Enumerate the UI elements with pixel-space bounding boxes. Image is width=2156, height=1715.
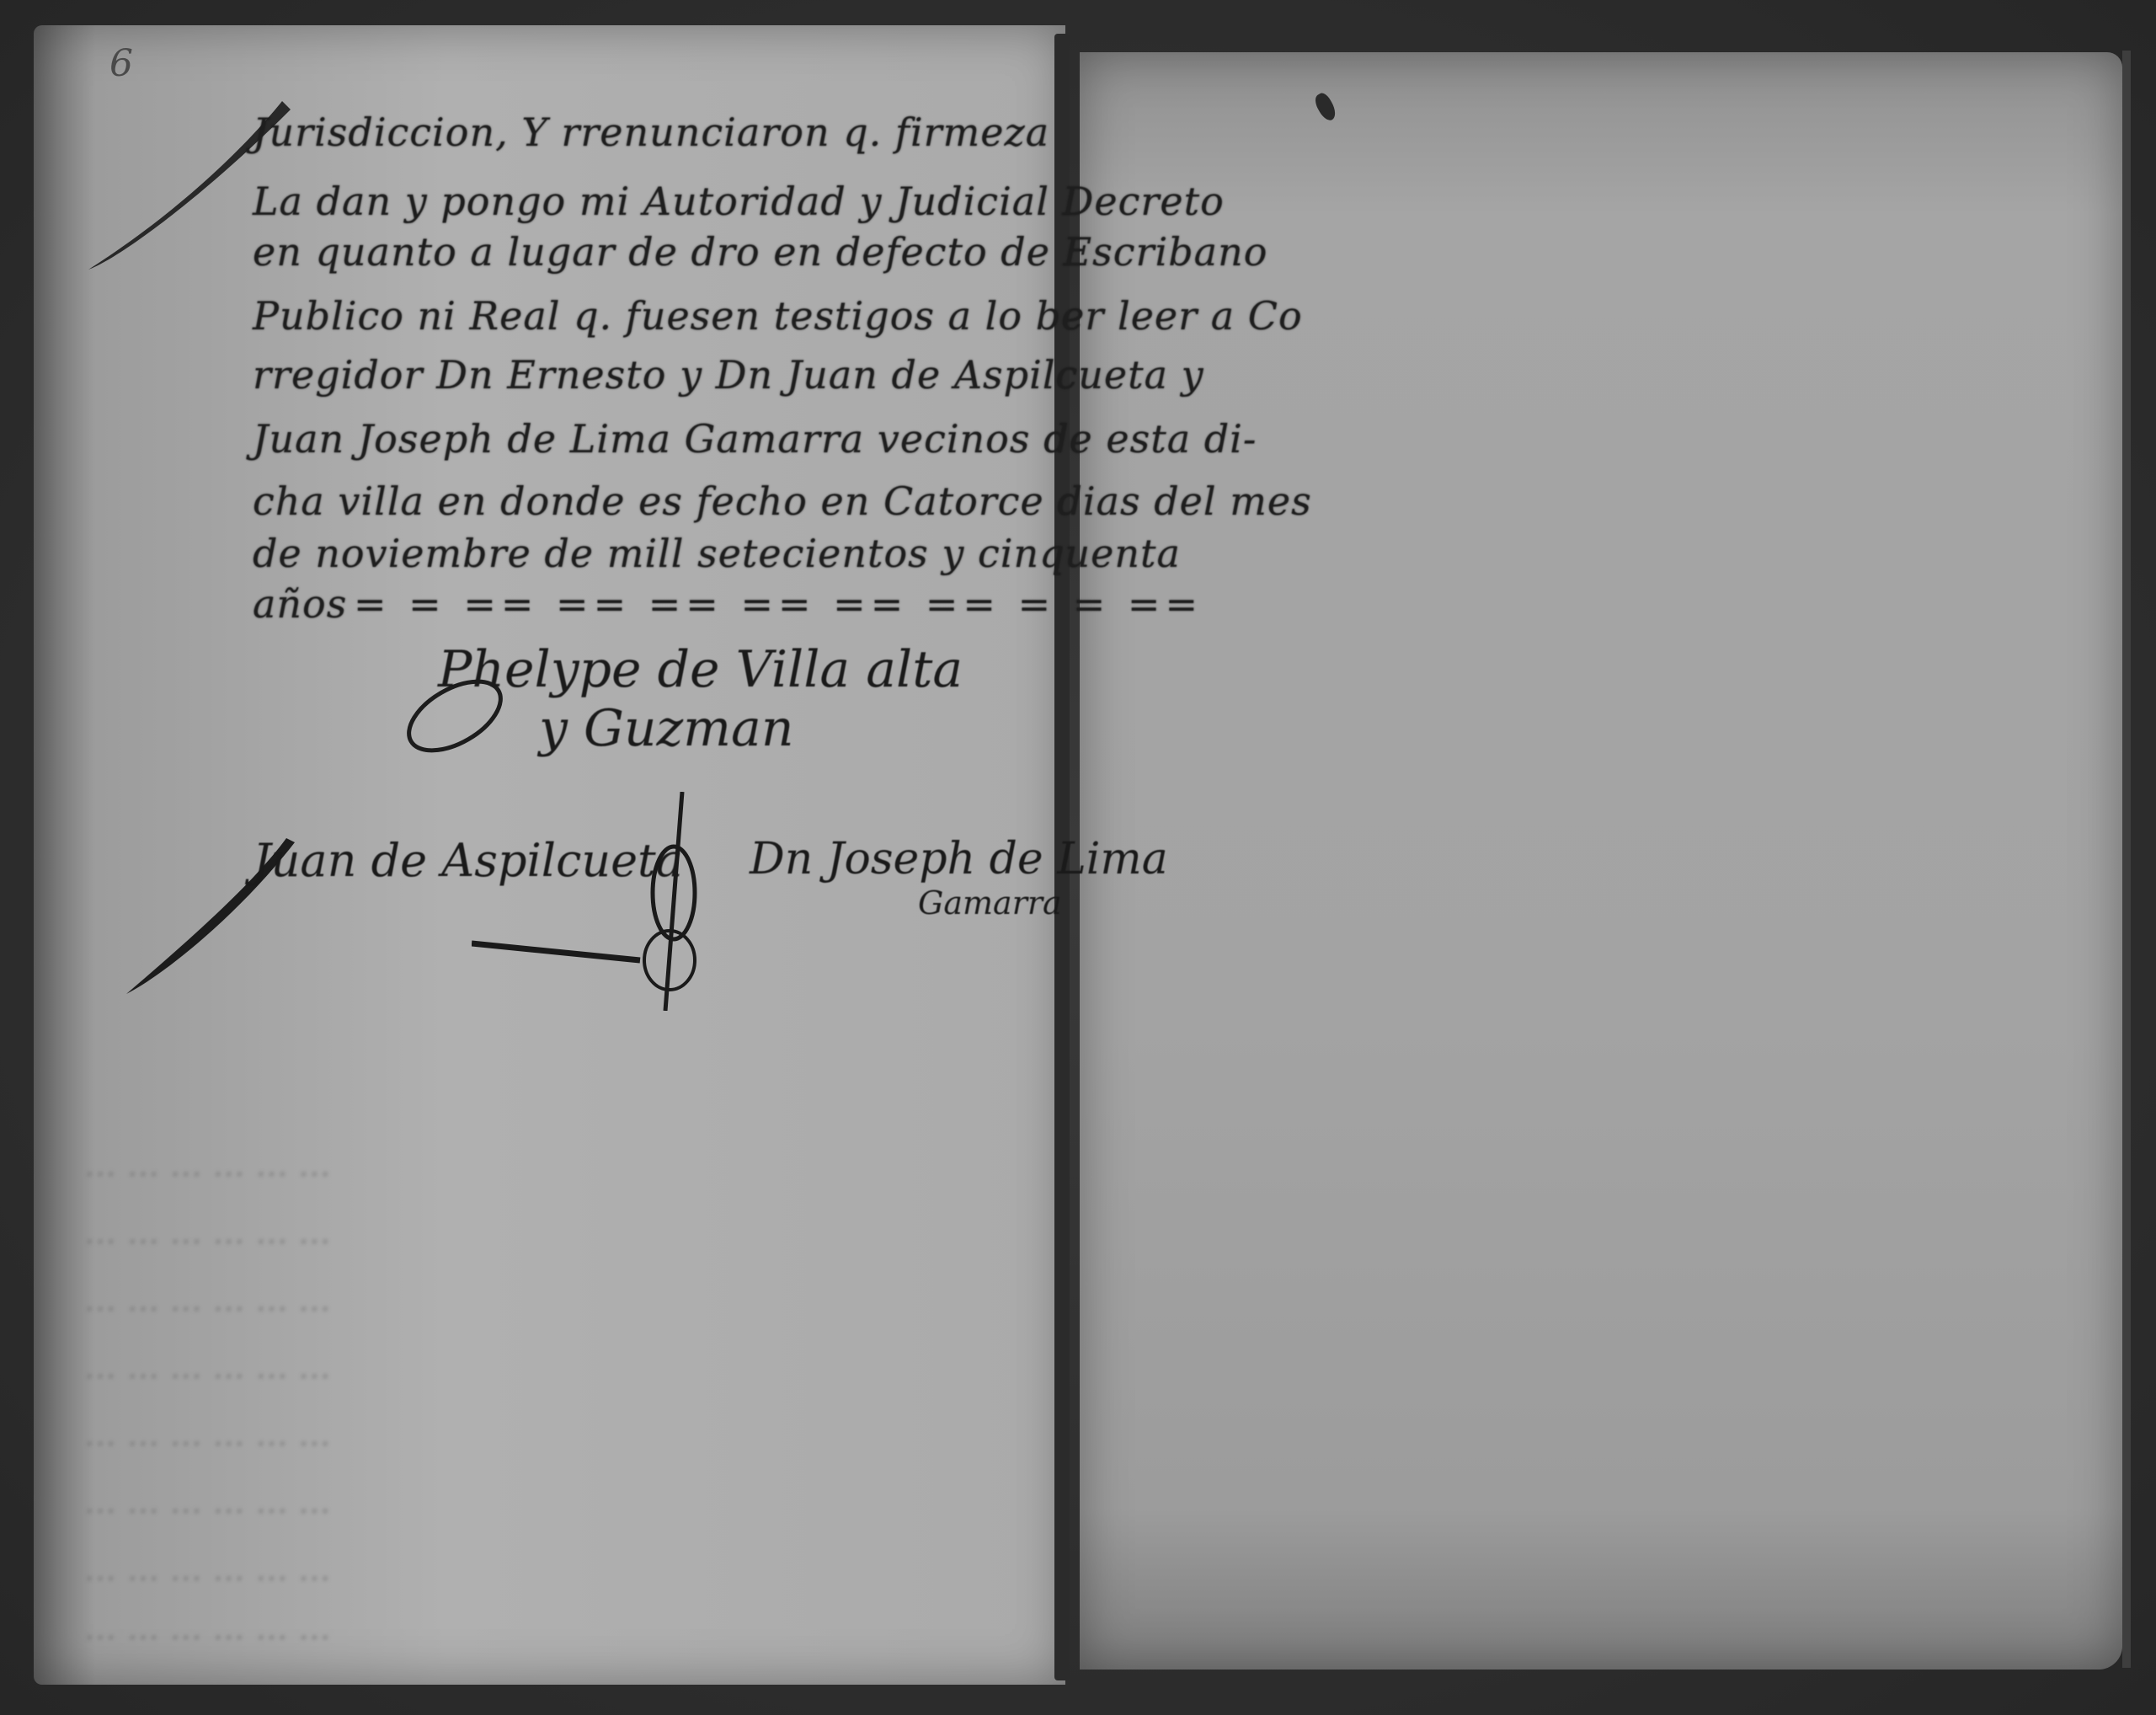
manuscript-line: Juan Joseph de Lima Gamarra vecinos de e… [253, 416, 1053, 462]
faded-line: ... ... ... ... ... ... [84, 1146, 1011, 1184]
signature-rubric-icon [472, 792, 724, 1011]
faded-line: ... ... ... ... ... ... [84, 1609, 1011, 1648]
faded-line: ... ... ... ... ... ... [84, 1550, 1011, 1589]
signature-lima: Dn Joseph de Lima [750, 834, 1168, 884]
manuscript-line: en quanto a lugar de dro en defecto de E… [253, 229, 1053, 275]
manuscript-line: rregidor Dn Ernesto y Dn Juan de Aspilcu… [253, 352, 1053, 398]
manuscript-line: Jurisdiccion, Y rrenunciaron q. firmeza [253, 110, 1053, 155]
manuscript-line: de noviembre de mill setecientos y cinqu… [253, 531, 1053, 576]
manuscript-line: La dan y pongo mi Autoridad y Judicial D… [253, 179, 1053, 224]
signature-gamarra: Gamarra [918, 884, 1062, 922]
faded-line: ... ... ... ... ... ... [84, 1348, 1011, 1386]
manuscript-line: cha villa en donde es fecho en Catorce d… [253, 478, 1053, 524]
microfilm-viewer: 6 Jurisdiccion, Y rrenunciaron q. firmez… [0, 0, 2156, 1715]
page-edge [2122, 51, 2131, 1668]
manuscript-line: Publico ni Real q. fuesen testigos a lo … [253, 293, 1053, 339]
faded-line: ... ... ... ... ... ... [84, 1415, 1011, 1454]
line-filler: = = == == == == == == = = == [354, 581, 1053, 627]
faded-line: ... ... ... ... ... ... [84, 1280, 1011, 1319]
signature-guzman: y Guzman [539, 699, 793, 758]
page-number: 6 [109, 42, 133, 85]
manuscript-line: años [253, 581, 354, 627]
signature-villa-alta: Phelype de Villa alta [438, 640, 963, 699]
faded-line: ... ... ... ... ... ... [84, 1483, 1011, 1521]
faded-line: ... ... ... ... ... ... [84, 1213, 1011, 1252]
